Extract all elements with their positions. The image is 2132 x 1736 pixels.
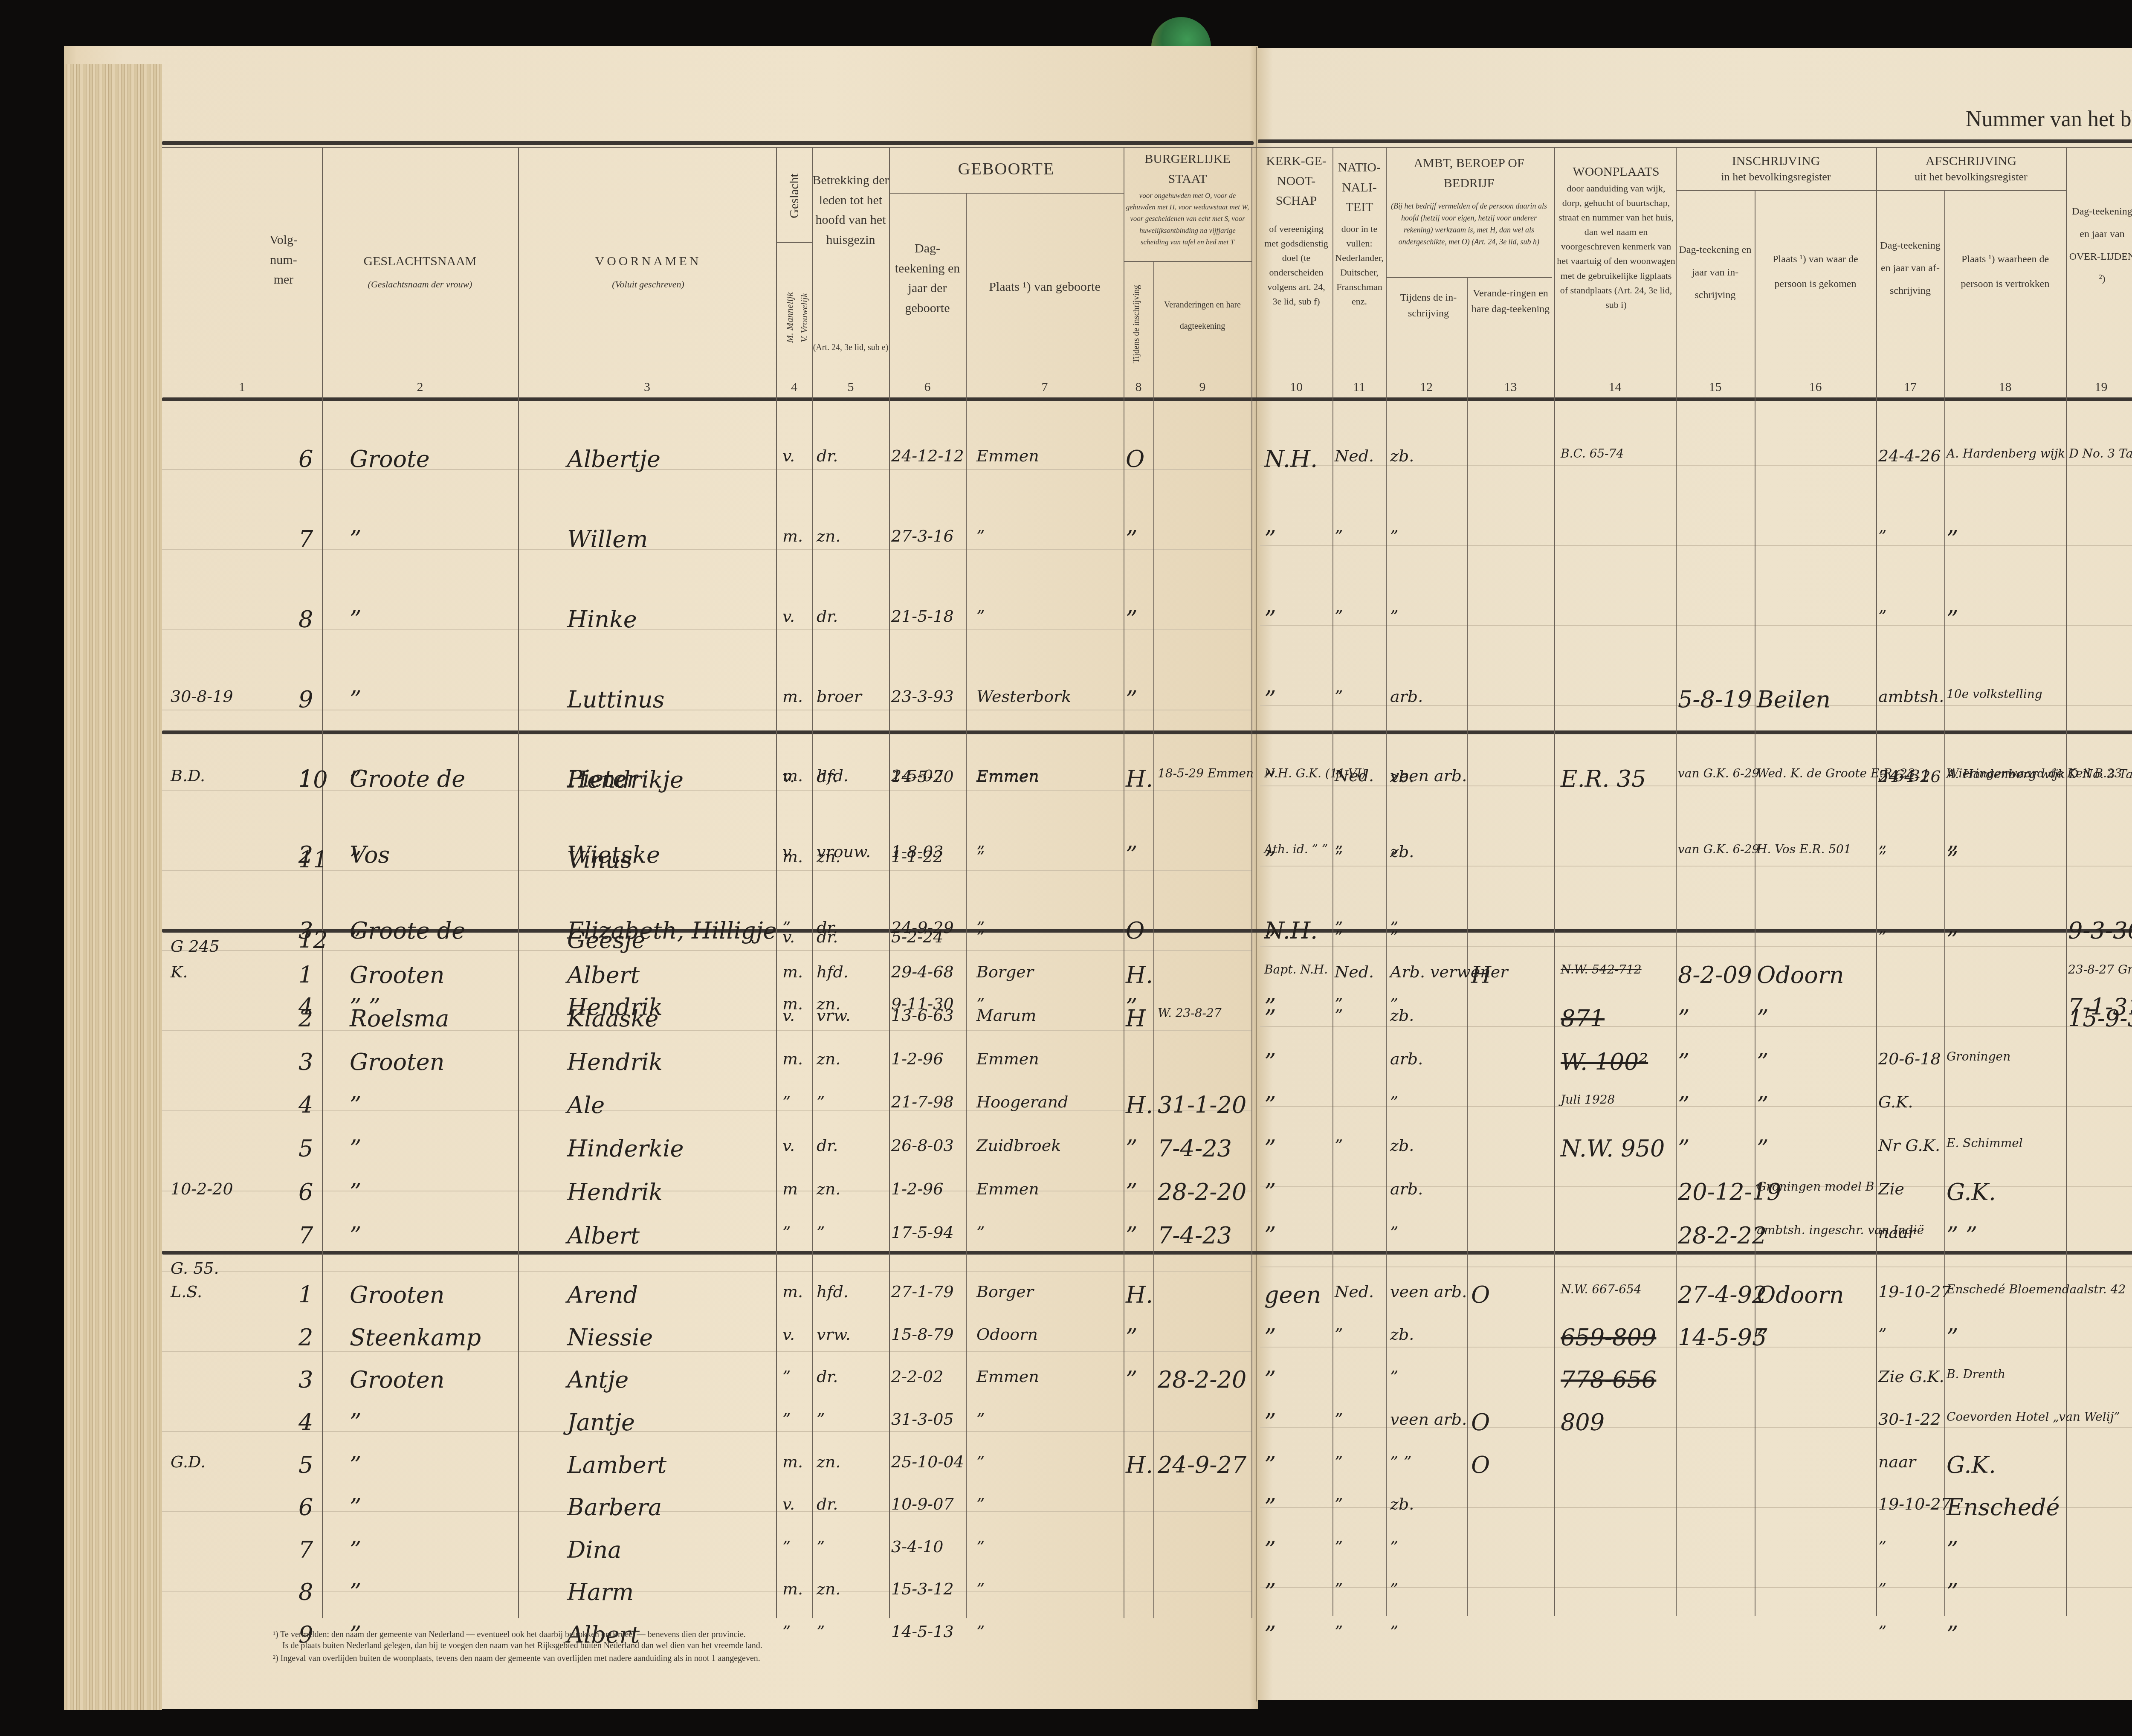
entry-relation: ” (817, 1539, 825, 1555)
ruled-line (162, 1591, 1251, 1592)
entry-row-number: 5 (298, 1454, 313, 1477)
entry-occupation: veen arb. (1390, 1411, 1467, 1427)
entry-residence: 809 (1561, 1411, 1605, 1434)
entry-sex: m. (782, 528, 803, 544)
entry-church: ” (1264, 1411, 1276, 1434)
column-line (1554, 147, 1555, 1616)
column-line (1676, 147, 1677, 1616)
entry-nationality: ” (1335, 1496, 1343, 1512)
entry-civil-status-change: 24-9-27 (1158, 1454, 1246, 1477)
entry-church: N.H. (1264, 919, 1318, 942)
entry-civil-status: O (1126, 919, 1144, 942)
entry-sex: m. (782, 1051, 803, 1067)
entry-moved-to: G.K. (1947, 1454, 1996, 1477)
entry-civil-status: ” (1126, 1368, 1138, 1391)
entry-occupation: zb. (1390, 1496, 1414, 1512)
footnote-1-cont: Is de plaats buiten Nederland gelegen, d… (282, 1641, 762, 1651)
entry-row-number: 4 (298, 1411, 313, 1434)
entry-moved-to: A. Hardenberg wijk D No. 3 Talens (1947, 448, 2132, 460)
entry-nationality: ” (1335, 1623, 1343, 1640)
header-plaats-waarheen: Plaats ¹) waarheen de persoon is vertrok… (1947, 247, 2064, 296)
column-line (1944, 190, 1945, 1616)
header-betrekking: Betrekking der leden tot het hoofd van h… (812, 171, 889, 250)
entry-row-number: 3 (298, 1368, 313, 1391)
entry-sex: v. (782, 1137, 795, 1153)
header-woonplaats-sub: door aanduiding van wijk, dorp, gehucht … (1556, 181, 1676, 312)
entry-church: ” (1264, 1368, 1276, 1391)
entry-first-name: Harm (567, 1581, 634, 1604)
entry-surname: Grooten (350, 1284, 444, 1307)
entry-deregistration-date: 30-1-22 (1878, 1411, 1941, 1427)
entry-birth-place: Borger (976, 964, 1034, 980)
entry-nationality: ” (1335, 843, 1343, 860)
entry-birth-date: 15-8-79 (891, 1326, 954, 1342)
entry-relation: dr. (817, 1496, 838, 1512)
family-separator-1 (162, 730, 2132, 734)
header-dagteekening-inschrijving: Dag-teekening en jaar van in-schrijving (1678, 239, 1753, 306)
entry-birth-date: 2-2-02 (891, 1368, 943, 1385)
entry-row-number: 9 (298, 688, 313, 711)
entry-church: ” (1264, 1094, 1276, 1117)
entry-occupation: ” (1390, 1224, 1398, 1240)
entry-came-from: ” (1757, 1007, 1769, 1030)
column-number: 10 (1283, 377, 1309, 397)
entry-civil-status-change: 7-4-23 (1158, 1224, 1232, 1247)
column-number: 11 (1347, 377, 1372, 397)
entry-occupation: ” ” (1390, 1454, 1412, 1470)
entry-nationality: ” (1335, 688, 1343, 704)
entry-birth-place: ” (976, 1454, 985, 1470)
entry-registration-date: ” (1678, 1137, 1690, 1160)
entry-row-number: 6 (298, 448, 313, 471)
entry-row-number: 1 (298, 768, 313, 791)
entry-first-name: Dina (567, 1539, 622, 1562)
entry-surname: Groote (350, 448, 430, 471)
entry-row-number: 7 (298, 1539, 313, 1562)
entry-first-name: Hendrik (567, 1051, 663, 1074)
entry-birth-date: 3-4-10 (891, 1539, 943, 1555)
entry-relation: broer (817, 688, 862, 704)
header-plaats-van-waar: Plaats ¹) van waar de persoon is gekomen (1757, 247, 1874, 296)
entry-birth-date: 27-3-16 (891, 528, 954, 544)
entry-sex: ” (782, 1224, 791, 1240)
entry-first-name: Lambert (567, 1454, 666, 1477)
header-geboorte: GEBOORTE (889, 156, 1124, 182)
entry-birth-date: 29-4-68 (891, 964, 954, 980)
entry-nationality: ” (1335, 1326, 1343, 1342)
entry-sex: ” (782, 1094, 791, 1110)
entry-residence: 659-809 (1561, 1326, 1656, 1349)
entry-birth-date: 15-3-12 (891, 1581, 954, 1597)
ruled-line (162, 469, 1251, 470)
entry-birth-place: ” (976, 843, 985, 860)
entry-occupation: ” (1390, 1581, 1398, 1597)
entry-deregistration-date: ” (1878, 1326, 1886, 1342)
entry-relation: zn. (817, 1581, 841, 1597)
entry-deregistration-date: ” (1878, 528, 1886, 544)
entry-deregistration-date: ” (1878, 929, 1886, 945)
entry-civil-status: ” (1126, 1137, 1138, 1160)
entry-residence: 778-656 (1561, 1368, 1656, 1391)
column-number: 12 (1414, 377, 1439, 397)
entry-deregistration-date: ” (1878, 1539, 1886, 1555)
entry-civil-status: ” (1126, 528, 1138, 551)
ruled-line (162, 629, 1251, 630)
entry-civil-status-change: 7-4-23 (1158, 1137, 1232, 1160)
entry-residence: 871 (1561, 1007, 1605, 1030)
column-line (2066, 147, 2067, 1616)
entry-birth-place: ” (976, 1411, 985, 1427)
entry-civil-status: H. (1126, 1454, 1153, 1477)
entry-church: ” (1264, 1224, 1276, 1247)
entry-sex: v. (782, 1326, 795, 1342)
entry-row-number: 3 (298, 919, 313, 942)
header-inschrijving-sub: in het bevolkingsregister (1676, 168, 1876, 185)
entry-registration-date: 14-5-95 (1678, 1326, 1767, 1349)
header-ambt-tijdens: Tijdens de in-schrijving (1388, 290, 1469, 322)
entry-nationality: ” (1335, 1007, 1343, 1023)
entry-row-number: 6 (298, 1181, 313, 1204)
geboorte-subrule (889, 193, 1124, 194)
entry-nationality: ” (1335, 1411, 1343, 1427)
entry-surname: Grooten (350, 964, 444, 987)
margin-mark: K. (171, 964, 188, 980)
entry-relation: dr. (817, 1137, 838, 1153)
entry-deregistration-date: Zie G.K. (1878, 1368, 1944, 1385)
column-line (1332, 147, 1333, 1616)
header-ambt-note: (Bij het bedrijf vermelden of de persoon… (1388, 200, 1550, 248)
entry-nationality: ” (1335, 1581, 1343, 1597)
entry-first-name: Jantje (567, 1411, 635, 1434)
entry-deregistration-date: naar (1878, 1454, 1916, 1470)
entry-row-number: 2 (298, 1007, 313, 1030)
family-code: G 245 (171, 938, 220, 954)
margin-mark: B.D. (171, 768, 205, 784)
entry-nationality: ” (1335, 528, 1343, 544)
column-line (776, 147, 777, 1618)
entry-birth-place: ” (976, 1623, 985, 1640)
column-line (966, 193, 967, 1618)
book-spine-gutter (1256, 47, 1257, 1701)
entry-residence: Juli 1928 (1561, 1094, 1615, 1106)
entry-civil-status: O (1126, 448, 1144, 471)
page-edge-stack-left (64, 64, 162, 1710)
entry-surname: ” (350, 1454, 362, 1477)
entry-deregistration-date: 19-10-27 (1878, 1496, 1951, 1512)
entry-row-number: 4 (298, 1094, 313, 1117)
afschrijving-subrule (1876, 190, 2066, 191)
column-line (1876, 147, 1877, 1616)
column-number: 1 (229, 377, 255, 397)
entry-civil-status-change: W. 23-8-27 (1158, 1007, 1222, 1019)
margin-mark: 30-8-19 (171, 688, 233, 704)
entry-deregistration-date: ambtsh. (1878, 688, 1944, 704)
entry-civil-status: ” (1126, 608, 1138, 631)
entry-first-name: Luttinus (567, 688, 665, 711)
entry-first-name: Willem (567, 528, 648, 551)
header-volgnummer: Volg-num-mer (252, 230, 316, 290)
header-tijdens-inschrijving: Tijdens de inschrijving (1130, 277, 1149, 371)
entry-came-from: H. Vos E.R. 501 (1757, 843, 1851, 855)
entry-deregistration-date: ” (1878, 1623, 1886, 1640)
entry-sex: m. (782, 1581, 803, 1597)
entry-sex: ” (782, 1623, 791, 1640)
entry-row-number: 2 (298, 843, 313, 867)
entry-surname: ” (350, 1137, 362, 1160)
ruled-line (162, 1351, 1251, 1352)
entry-birth-place: Emmen (976, 448, 1039, 464)
entry-civil-status: ” (1126, 1326, 1138, 1349)
column-line (1153, 261, 1154, 1618)
entry-first-name: Klaaske (567, 1007, 658, 1030)
entry-death-date: 9-3-30 (2068, 919, 2132, 942)
entry-first-name: Elizabeth, Hilligje (567, 919, 776, 942)
family-separator-3 (162, 1251, 2132, 1255)
entry-birth-date: 24-9-29 (891, 919, 954, 936)
header-geslacht: Geslacht (785, 154, 802, 239)
column-line (812, 147, 813, 1618)
entry-church: ” (1264, 1051, 1276, 1074)
entry-birth-date: 1-8-03 (891, 843, 943, 860)
entry-first-name: Antje (567, 1368, 629, 1391)
entry-surname: ” (350, 1496, 362, 1519)
entry-birth-date: 1-2-96 (891, 1051, 943, 1067)
entry-birth-date: 23-3-93 (891, 688, 954, 704)
entry-church: ” (1264, 1454, 1276, 1477)
column-line (1251, 147, 1252, 1618)
entry-civil-status: H. (1126, 768, 1153, 791)
margin-mark: G.D. (171, 1454, 206, 1470)
entry-deregistration-date: 24-4-26 (1878, 448, 1941, 464)
entry-moved-to: ” (1947, 608, 1958, 631)
column-number: 6 (915, 377, 940, 397)
entry-birth-place: Emmen (976, 1051, 1039, 1067)
entry-moved-to: E. Schimmel (1947, 1137, 2023, 1149)
entry-nationality: ” (1335, 1137, 1343, 1153)
entry-sex: m. (782, 1454, 803, 1470)
header-kerkgenootschap: KERK-GE-NOOT-SCHAP (1262, 151, 1330, 211)
entry-church: ” (1264, 1581, 1276, 1604)
entry-relation: dr. (817, 1368, 838, 1385)
entry-surname: ” (350, 1094, 362, 1117)
ruled-line (162, 1271, 1251, 1272)
entry-sex: m. (782, 964, 803, 980)
entry-church: Ath. id. ” ” (1264, 843, 1328, 855)
entry-church: geen (1264, 1284, 1321, 1307)
ruled-line (162, 1030, 1251, 1031)
entry-occupation: zb. (1390, 1326, 1414, 1342)
entry-came-from: Odoorn (1757, 964, 1844, 987)
entry-civil-status: H (1126, 1007, 1146, 1030)
entry-sex: ” (782, 919, 791, 936)
entry-civil-status: ” (1126, 1224, 1138, 1247)
ruled-line (162, 1110, 1251, 1111)
footnote-1: ¹) Te vermelden: den naam der gemeente v… (273, 1630, 746, 1640)
entry-birth-date: 31-3-05 (891, 1411, 954, 1427)
entry-relation: ” (817, 1623, 825, 1640)
column-number: 9 (1190, 377, 1215, 397)
burgerlijke-staat-subrule (1124, 261, 1251, 262)
header-burgerlijke-staat: BURGERLIJKE STAAT (1126, 149, 1249, 189)
entry-occupation: arb. (1390, 1181, 1423, 1197)
entry-civil-status: H. (1126, 964, 1153, 987)
entry-moved-to: G.K. (1947, 1181, 1996, 1204)
ruled-line (162, 549, 1251, 550)
column-number: 2 (407, 377, 433, 397)
entry-church: ” (1264, 1496, 1276, 1519)
column-number: 18 (1993, 377, 2018, 397)
header-geslacht-sub: M. Mannelijk V. Vrouwelijk (782, 264, 808, 371)
entry-row-number: 1 (298, 1284, 313, 1307)
entry-civil-status: ” (1126, 688, 1138, 711)
entry-birth-date: 1-2-96 (891, 1181, 943, 1197)
entry-surname: Steenkamp (350, 1326, 481, 1349)
entry-birth-place: Emmen (976, 768, 1039, 784)
margin-mark: 10-2-20 (171, 1181, 233, 1197)
entry-sex: v. (782, 608, 795, 624)
entry-surname: Vos (350, 843, 390, 867)
geslacht-subrule (776, 242, 812, 243)
entry-deregistration-date: ” (1878, 1581, 1886, 1597)
column-number: 17 (1897, 377, 1923, 397)
entry-first-name: Hendrik (567, 1181, 663, 1204)
entry-church: ” (1264, 1539, 1276, 1562)
entry-first-name: Pieter (567, 768, 637, 791)
column-number: 4 (782, 377, 807, 397)
page-title: Nummer van het blad (1966, 107, 2132, 132)
column-line (1386, 147, 1387, 1616)
margin-mark: L.S. (171, 1284, 202, 1300)
entry-sex: v. (782, 1496, 795, 1512)
column-number: 7 (1032, 377, 1057, 397)
entry-relation: hfd. (817, 1284, 849, 1300)
header-plaats-geboorte: Plaats ¹) van geboorte (968, 277, 1121, 297)
entry-nationality: ” (1335, 919, 1343, 936)
entry-row-number: 8 (298, 1581, 313, 1604)
entry-birth-date: 26-8-03 (891, 1137, 954, 1153)
ruled-line (162, 1431, 1251, 1432)
column-line (1467, 277, 1468, 1616)
header-geslachtsnaam-sub: (Geslachtsnaam der vrouw) (324, 277, 516, 292)
entry-row-number: 7 (298, 528, 313, 551)
entry-relation: ” (817, 1411, 825, 1427)
entry-first-name: Albert (567, 1224, 640, 1247)
family-code: G. 55. (171, 1260, 219, 1276)
inschrijving-subrule (1676, 190, 1876, 191)
entry-occupation: arb. (1390, 1051, 1423, 1067)
entry-moved-to: ” (1947, 843, 1958, 867)
header-betrekking-sub: (Art. 24, 3e lid, sub e) (812, 341, 889, 354)
entry-church: ” (1264, 1326, 1276, 1349)
column-number: 16 (1803, 377, 1828, 397)
header-ambt: AMBT, BEROEP OF BEDRIJF (1388, 154, 1550, 193)
entry-occupation: zb. (1390, 1137, 1414, 1153)
header-nationaliteit: NATIO-NALI-TEIT (1334, 158, 1385, 217)
top-thin-rule (162, 147, 2132, 148)
green-bookmark-ribbon (1151, 17, 1211, 49)
entry-occupation: arb. (1390, 688, 1423, 704)
entry-relation: ” (817, 1094, 825, 1110)
ruled-line (1260, 1026, 2132, 1027)
ruled-line (162, 710, 1251, 710)
column-line (518, 147, 519, 1618)
column-number: 5 (838, 377, 863, 397)
entry-row-number: 7 (298, 1224, 313, 1247)
entry-civil-status: H. (1126, 1094, 1153, 1117)
entry-residence: N.W. 542-712 (1561, 964, 1642, 976)
entry-moved-to: Wieringerwaard de Keil B.23 (1947, 768, 2122, 780)
entry-surname: ” (350, 1224, 362, 1247)
entry-church: Bapt. N.H. (1264, 964, 1328, 976)
entry-residence: N.W. 950 (1561, 1137, 1665, 1160)
entry-occupation: ” (1390, 528, 1398, 544)
entry-occupation: zb. (1390, 448, 1414, 464)
entry-sex: ” (782, 1411, 791, 1427)
entry-civil-status-change: 31-1-20 (1158, 1094, 1246, 1117)
entry-deregistration-date: ” (1878, 843, 1886, 860)
entry-surname: ” (350, 528, 362, 551)
entry-deregistration-date: Nr G.K. (1878, 1137, 1940, 1153)
entry-occupation: veen arb. (1390, 1284, 1467, 1300)
entry-registration-date: 5-8-19 (1678, 688, 1752, 711)
header-voornamen: VOORNAMEN (520, 252, 776, 272)
entry-relation: zn. (817, 1051, 841, 1067)
entry-sex: ” (782, 1368, 791, 1385)
entry-row-number: 8 (298, 608, 313, 631)
entry-occupation: zb. (1390, 843, 1414, 860)
entry-occupation-change: H (1471, 964, 1491, 987)
column-number: 19 (2089, 377, 2114, 397)
entry-birth-place: Zuidbroek (976, 1137, 1061, 1153)
entry-nationality: ” (1335, 608, 1343, 624)
entry-residence: E.R. 35 (1561, 768, 1646, 791)
entry-first-name: Hinderkie (567, 1137, 684, 1160)
entry-first-name: Albertje (567, 448, 660, 471)
header-ambt-veranderingen: Verande-ringen en hare dag-teekening (1469, 286, 1552, 317)
entry-birth-place: Borger (976, 1284, 1034, 1300)
entry-birth-place: ” (976, 528, 985, 544)
entry-deregistration-date: 19-10-27 (1878, 1284, 1951, 1300)
entry-birth-place: Marum (976, 1007, 1036, 1023)
entry-first-name: Arend (567, 1284, 638, 1307)
entry-moved-to: Enschedé (1947, 1496, 2060, 1519)
entry-residence: W. 100² (1561, 1051, 1648, 1074)
entry-sex: m. (782, 1284, 803, 1300)
entry-moved-to: ” ” (1947, 1224, 1977, 1247)
entry-surname: Groote de (350, 919, 465, 942)
entry-relation: dr. (817, 608, 838, 624)
header-bottom-rule (162, 397, 2132, 401)
entry-moved-to: ” (1947, 1539, 1958, 1562)
entry-nationality: ” (1335, 1454, 1343, 1470)
entry-moved-to: Coevorden Hotel „van Welij” (1947, 1411, 2120, 1423)
entry-church: ” (1264, 608, 1276, 631)
entry-occupation: ” (1390, 919, 1398, 936)
entry-moved-to: ” (1947, 528, 1958, 551)
column-number: 15 (1703, 377, 1728, 397)
column-number: 3 (634, 377, 660, 397)
entry-birth-date: 25-10-04 (891, 1454, 964, 1470)
entry-moved-to: ” (1947, 1623, 1958, 1646)
entry-moved-to: ” (1947, 1581, 1958, 1604)
ruled-line (162, 1511, 1251, 1512)
entry-birth-date: 17-5-94 (891, 1224, 954, 1240)
header-kerkgenootschap-sub: of vereeniging met godsdienstig doel (te… (1262, 222, 1330, 309)
entry-civil-status-change: 28-2-20 (1158, 1181, 1246, 1204)
entry-came-from: Odoorn (1757, 1284, 1844, 1307)
header-dagteekening-afschrijving: Dag-teekening en jaar van af-schrijving (1878, 235, 1942, 302)
entry-sex: m. (782, 688, 803, 704)
